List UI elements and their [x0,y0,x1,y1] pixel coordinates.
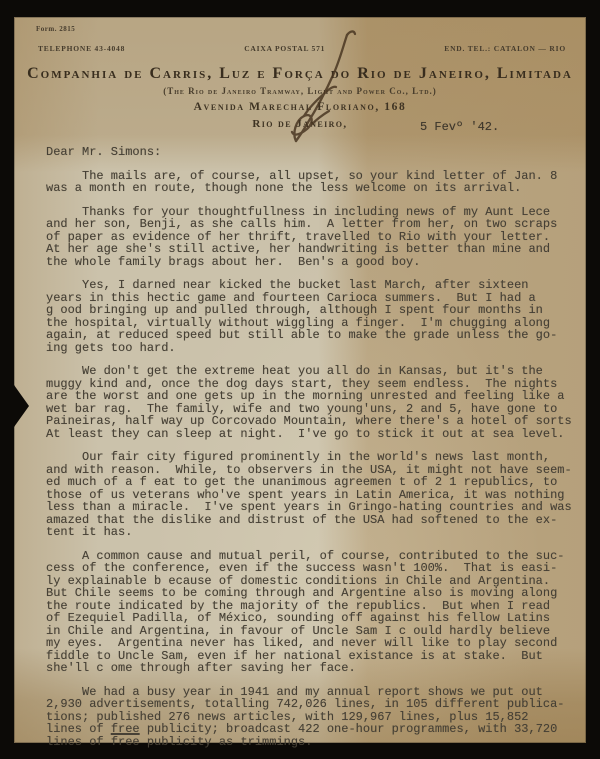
typed-line: lines of free publicity as trimmings. [46,736,572,749]
paragraph: Our fair city figured prominently in the… [46,451,572,539]
photo-of-letter: { "colors":{ "background":"#0c0a07", "pa… [0,0,600,759]
typed-line: she'll c ome through after saving her fa… [46,662,572,675]
salutation: Dear Mr. Simons: [46,146,572,159]
paragraph: The mails are, of course, all upset, so … [46,170,572,195]
handwritten-scribble [277,29,369,147]
paragraph: We had a busy year in 1941 and my annual… [46,686,572,749]
telegraph-address: END. TEL.: CATALON — RIO [444,44,566,53]
telephone-number: TELEPHONE 43-4048 [38,44,125,53]
letter-paper: Form. 2815 TELEPHONE 43-4048 CAIXA POSTA… [14,17,586,743]
photo-edge-notch [14,385,29,427]
form-number: Form. 2815 [36,25,75,33]
paragraph: Yes, I darned near kicked the bucket las… [46,279,572,354]
typed-line: the whole family brags about her. Ben's … [46,256,572,269]
paragraph: Thanks for your thoughtfullness in inclu… [46,206,572,269]
paragraph: We don't get the extreme heat you all do… [46,365,572,440]
typed-line: At least they can sleep at night. I've g… [46,428,572,441]
typed-line: tent it has. [46,526,572,539]
typed-line: ing gets too hard. [46,342,572,355]
letter-body: Dear Mr. Simons: The mails are, of cours… [46,146,572,748]
letter-date: 5 Fevº '42. [420,120,499,134]
typed-line: was a month en route, though none the le… [46,182,572,195]
paragraph: A common cause and mutual peril, of cour… [46,550,572,675]
